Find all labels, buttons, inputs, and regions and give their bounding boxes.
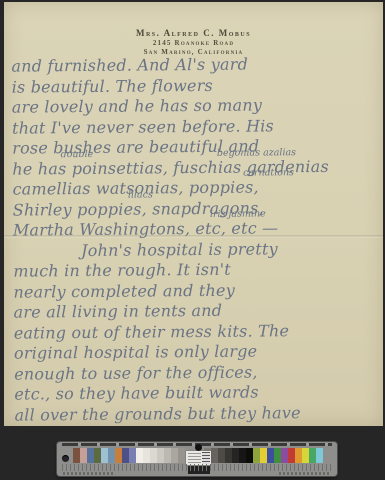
bar-center-hole bbox=[195, 444, 202, 451]
line-text: Martha Washingtons, etc, etc — bbox=[13, 218, 279, 239]
color-patch bbox=[73, 448, 80, 463]
patch-row bbox=[73, 448, 323, 463]
color-patch bbox=[288, 448, 295, 463]
line-text: are all living in tents and bbox=[14, 301, 223, 322]
color-patch bbox=[136, 448, 143, 463]
color-patch bbox=[101, 448, 108, 463]
color-patch bbox=[211, 448, 218, 463]
line-text: is beautiful. The flowers bbox=[12, 75, 213, 96]
color-patch bbox=[281, 448, 288, 463]
ruler-ticks bbox=[62, 464, 332, 471]
color-patch bbox=[87, 448, 94, 463]
color-patch bbox=[80, 448, 87, 463]
insertion-above-line: carnations bbox=[243, 168, 294, 177]
sticker-fine-print bbox=[188, 453, 201, 463]
color-patch bbox=[94, 448, 101, 463]
color-patch bbox=[274, 448, 281, 463]
color-patch bbox=[129, 448, 136, 463]
line-text: original hospital is only large bbox=[14, 341, 257, 362]
gray-wedge-dark bbox=[204, 448, 253, 463]
right-color-patches bbox=[253, 448, 323, 463]
letterhead: Mrs. Alfred C. Mobus 2145 Roanoke Road S… bbox=[4, 28, 383, 56]
color-patch bbox=[171, 448, 178, 463]
handwriting-line: all over the grounds but they have bbox=[14, 402, 385, 426]
color-patch bbox=[260, 448, 267, 463]
color-patch bbox=[150, 448, 157, 463]
color-patch bbox=[143, 448, 150, 463]
color-patch bbox=[316, 448, 323, 463]
insertion-above-line: iris jasmine bbox=[210, 209, 266, 218]
left-color-patches bbox=[73, 448, 136, 463]
letter-paper: Mrs. Alfred C. Mobus 2145 Roanoke Road S… bbox=[4, 2, 383, 426]
color-calibration-bar bbox=[57, 442, 337, 476]
color-patch bbox=[246, 448, 253, 463]
line-text: John's hospital is pretty bbox=[81, 239, 278, 260]
line-text: much in the rough. It isn't bbox=[13, 260, 231, 281]
line-text: etc., so they have built wards bbox=[14, 382, 259, 403]
bar-mounting-hole bbox=[62, 455, 69, 462]
line-text: eating out of their mess kits. The bbox=[14, 321, 290, 342]
color-patch bbox=[122, 448, 129, 463]
color-patch bbox=[295, 448, 302, 463]
color-patch bbox=[225, 448, 232, 463]
line-text: that I've never seen before. His bbox=[12, 116, 274, 137]
center-label-area bbox=[185, 448, 204, 463]
line-text: nearly completed and they bbox=[13, 280, 235, 301]
letterhead-address: 2145 Roanoke Road bbox=[4, 39, 383, 47]
color-patch bbox=[218, 448, 225, 463]
color-patch bbox=[253, 448, 260, 463]
letterhead-name: Mrs. Alfred C. Mobus bbox=[4, 28, 383, 38]
color-patch bbox=[232, 448, 239, 463]
line-text: all over the grounds but they have bbox=[14, 403, 300, 424]
color-patch bbox=[164, 448, 171, 463]
color-patch bbox=[157, 448, 164, 463]
line-text: enough to use for the offices, bbox=[14, 362, 258, 383]
color-patch bbox=[108, 448, 115, 463]
color-patch bbox=[115, 448, 122, 463]
bar-caption-right bbox=[279, 472, 331, 475]
bar-caption-left bbox=[63, 472, 115, 475]
barcode-sticker bbox=[186, 451, 211, 465]
color-patch bbox=[302, 448, 309, 463]
color-patch bbox=[239, 448, 246, 463]
scanned-letter-page: Mrs. Alfred C. Mobus 2145 Roanoke Road S… bbox=[0, 0, 385, 480]
gray-wedge-light bbox=[136, 448, 185, 463]
color-patch bbox=[178, 448, 185, 463]
insertion-above-line: begonias azalias bbox=[217, 148, 296, 158]
barcode-icon bbox=[202, 452, 210, 464]
insertion-above-line: lilacs bbox=[128, 190, 153, 199]
insertion-above-line: double bbox=[61, 149, 94, 158]
handwritten-body: and furnished. And Al's yard is beautifu… bbox=[11, 53, 385, 425]
line-text: are lovely and he has so many bbox=[12, 95, 262, 116]
color-patch bbox=[267, 448, 274, 463]
line-text: and furnished. And Al's yard bbox=[11, 55, 248, 76]
color-patch bbox=[309, 448, 316, 463]
